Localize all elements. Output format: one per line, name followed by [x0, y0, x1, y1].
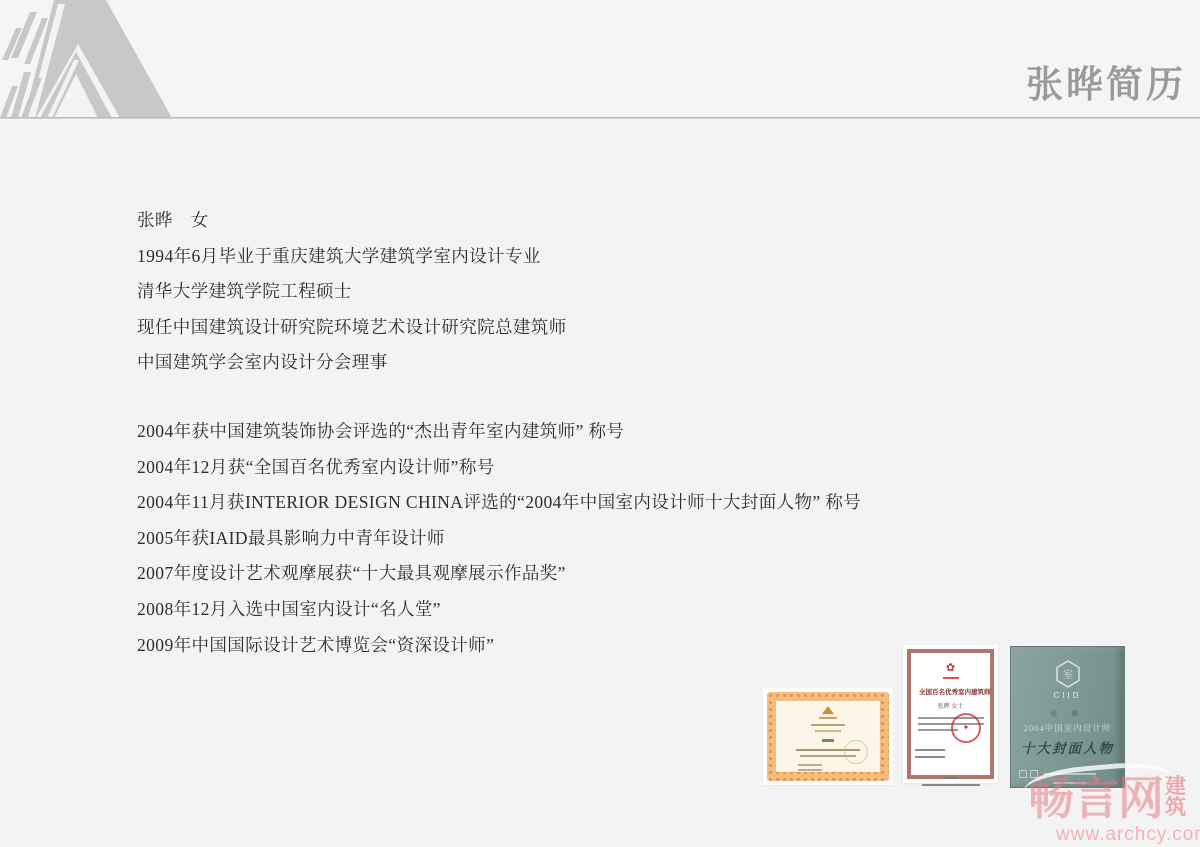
text-line-placeholder — [811, 724, 845, 726]
header-band — [0, 0, 1200, 117]
text-line-placeholder — [798, 769, 822, 771]
award-line: 2004年11月获INTERIOR DESIGN CHINA评选的“2004年中… — [137, 485, 861, 521]
profile-line: 中国建筑学会室内设计分会理事 — [137, 345, 861, 381]
certificate-ciid-cover: 室 CIID 张 晔 2004中国室内设计师 十大封面人物 — [1010, 646, 1125, 788]
certificate-paper — [776, 701, 880, 772]
award-line: 2007年度设计艺术观摩展获“十大最具观摩展示作品奖” — [137, 556, 861, 592]
text-line-placeholder — [815, 730, 841, 732]
text-line-placeholder — [915, 749, 945, 751]
watermark-side-bottom: 筑 — [1165, 797, 1186, 818]
page-title: 张晔简历 — [1026, 66, 1186, 107]
bio-text: 张晔 女 1994年6月毕业于重庆建筑大学建筑学室内设计专业 清华大学建筑学院工… — [137, 203, 861, 663]
profile-line: 现任中国建筑设计研究院环境艺术设计研究院总建筑师 — [137, 310, 861, 346]
text-line-placeholder — [915, 756, 945, 758]
text-line-placeholder — [944, 777, 958, 779]
award-line: 2008年12月入选中国室内设计“名人堂” — [137, 592, 861, 628]
text-line-placeholder — [922, 784, 980, 786]
lace-border — [767, 692, 889, 781]
text-line-placeholder — [822, 739, 834, 742]
profile-line: 1994年6月毕业于重庆建筑大学建筑学室内设计专业 — [137, 239, 861, 275]
profile-section: 张晔 女 1994年6月毕业于重庆建筑大学建筑学室内设计专业 清华大学建筑学院工… — [137, 203, 861, 381]
profile-line: 张晔 女 — [137, 203, 861, 239]
award-line: 2005年获IAID最具影响力中青年设计师 — [137, 521, 861, 557]
profile-line: 清华大学建筑学院工程硕士 — [137, 274, 861, 310]
certificate-title: 全国百名优秀室内建筑师 — [919, 687, 982, 696]
watermark: 畅言网 建 筑 www.archcy.com — [1028, 774, 1200, 846]
award-line: 2009年中国国际设计艺术博览会“资深设计师” — [137, 628, 861, 664]
ornate-border: ✿ 全国百名优秀室内建筑师 张晔 女士 ✦ — [907, 649, 994, 779]
recipient-name: 张晔 女士 — [919, 701, 982, 710]
ciid-award-line: 2004中国室内设计师 — [1011, 722, 1124, 734]
building-emblem-icon — [822, 706, 834, 714]
watermark-side-label: 建 筑 — [1165, 776, 1186, 819]
ciid-org-label: CIID — [1011, 691, 1124, 700]
circular-seal: ✦ — [951, 713, 981, 743]
certificate-orange-lace — [763, 688, 893, 785]
award-line: 2004年12月获“全国百名优秀室内设计师”称号 — [137, 450, 861, 486]
certificate-red-border: ✿ 全国百名优秀室内建筑师 张晔 女士 ✦ — [903, 645, 998, 783]
ciid-award-script: 十大封面人物 — [1011, 737, 1124, 757]
awards-section: 2004年获中国建筑装饰协会评选的“杰出青年室内建筑师” 称号 2004年12月… — [137, 414, 861, 663]
ciid-hexagon-icon: 室 — [1011, 659, 1124, 694]
ciid-recipient: 张 晔 — [1011, 709, 1124, 719]
award-line: 2004年获中国建筑装饰协会评选的“杰出青年室内建筑师” 称号 — [137, 414, 861, 450]
footer-logo-icon — [1019, 770, 1027, 778]
text-line-placeholder — [798, 764, 822, 766]
resume-slide: 张晔简历 张晔 女 1994年6月毕业于重庆建筑大学建筑学室内设计专业 清华大学… — [0, 0, 1200, 847]
certificate-paper: ✿ 全国百名优秀室内建筑师 张晔 女士 ✦ — [919, 661, 982, 767]
header-rule — [0, 117, 1200, 119]
watermark-url: www.archcy.com — [1056, 824, 1200, 846]
watermark-side-top: 建 — [1165, 776, 1186, 797]
flower-emblem-icon: ✿ — [919, 663, 982, 674]
svg-text:室: 室 — [1063, 669, 1073, 681]
text-line-placeholder — [819, 717, 837, 719]
seal-stamp — [844, 740, 868, 764]
watermark-brand: 畅言网 — [1028, 774, 1163, 822]
text-line-placeholder — [943, 677, 959, 679]
architecture-a-logo-icon — [0, 0, 180, 118]
